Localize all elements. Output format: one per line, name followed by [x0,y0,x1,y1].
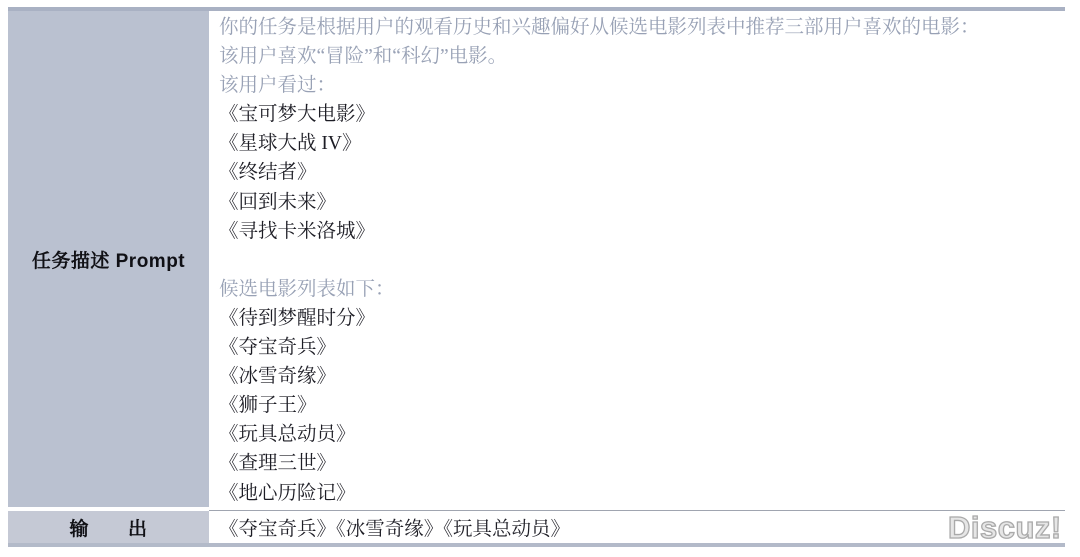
prompt-line: 《寻找卡米洛城》 [219,217,1065,246]
prompt-line: 《宝可梦大电影》 [219,100,1065,129]
prompt-line: 该用户喜欢“冒险”和“科幻”电影。 [219,42,1065,71]
prompt-line: 你的任务是根据用户的观看历史和兴趣偏好从候选电影列表中推荐三部用户喜欢的电影： [219,13,1065,42]
prompt-line: 《星球大战 IV》 [219,129,1065,158]
table-bottom-border [8,543,1065,547]
prompt-line [219,246,1065,275]
prompt-line: 该用户看过： [219,71,1065,100]
prompt-line: 《回到未来》 [219,188,1065,217]
output-label-cell: 输 出 [8,511,209,543]
output-content-cell: 《夺宝奇兵》《冰雪奇缘》《玩具总动员》 [209,511,1065,543]
prompt-line: 《冰雪奇缘》 [219,362,1065,391]
output-text: 《夺宝奇兵》《冰雪奇缘》《玩具总动员》 [219,513,570,541]
prompt-line: 《查理三世》 [219,449,1065,478]
prompt-line: 《终结者》 [219,158,1065,187]
prompt-line: 《玩具总动员》 [219,420,1065,449]
prompt-content-cell: 你的任务是根据用户的观看历史和兴趣偏好从候选电影列表中推荐三部用户喜欢的电影：该… [209,11,1065,508]
prompt-label: 任务描述 Prompt [32,246,185,273]
prompt-line: 《待到梦醒时分》 [219,304,1065,333]
prompt-line: 候选电影列表如下： [219,275,1065,304]
prompt-label-cell: 任务描述 Prompt [8,11,209,507]
output-label: 输 出 [69,514,147,541]
discuz-watermark: Discuz! [948,510,1062,546]
prompt-line: 《狮子王》 [219,391,1065,420]
prompt-line: 《夺宝奇兵》 [219,333,1065,362]
document-page: 任务描述 Prompt 你的任务是根据用户的观看历史和兴趣偏好从候选电影列表中推… [0,0,1080,557]
prompt-line: 《地心历险记》 [219,479,1065,508]
